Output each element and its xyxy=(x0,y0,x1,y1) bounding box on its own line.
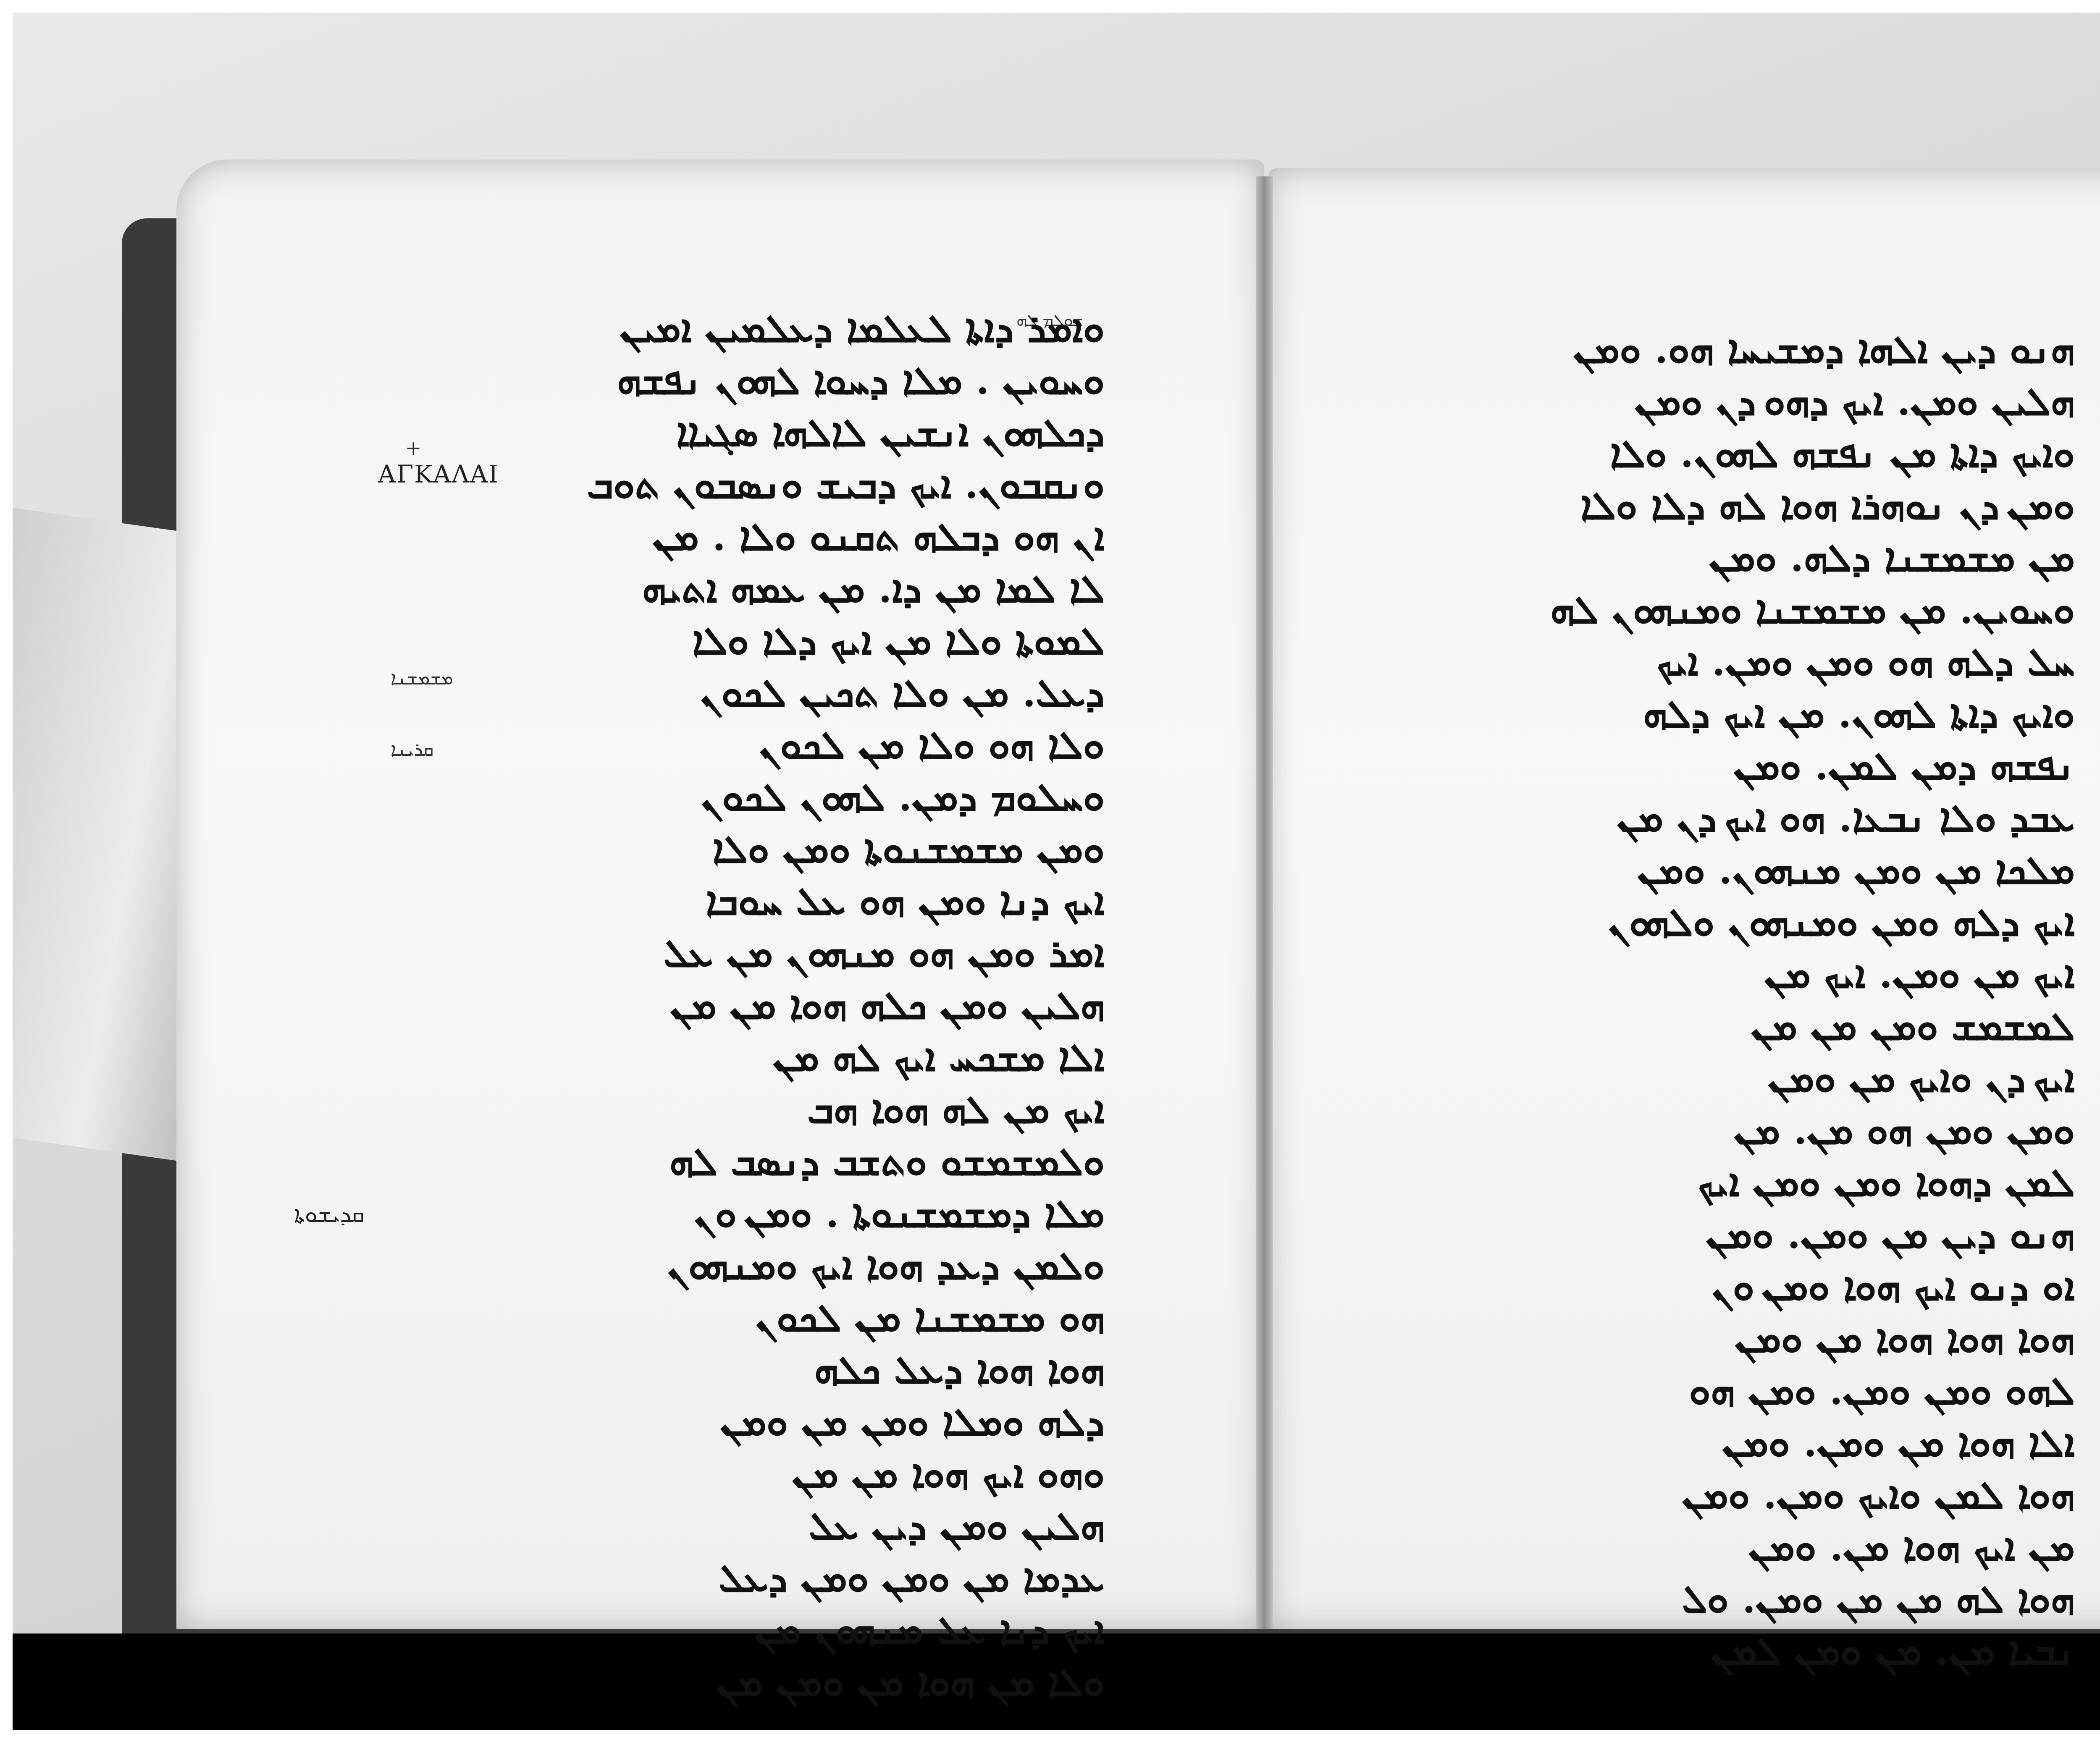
text-line: ܗܠܝܢ ܘܡܢ ܟܠܗ ܗܘܐ ܡܢ ܡܢ xyxy=(399,979,1105,1031)
text-line: ܘܐܝܟ ܕܐܬܐ ܡܢ ܢܦܫܗ ܠܗܘܢ. ܘܠܐ xyxy=(1420,427,2075,480)
text-line: ܘܠܐ ܗܘ ܘܠܐ ܡܢ ܠܟܘܢ xyxy=(399,719,1105,771)
text-line: ܘܠܡܫܡܫܘ ܘܬܫܒ ܕܢܣܒ ܠܗ xyxy=(399,1135,1105,1188)
text-line: ܐܝܟ ܕܢܐ ܥܠ ܡܢܗܘܢ ܡܢ xyxy=(399,1604,1105,1656)
text-line: ܐܝܟ ܕܢܐ ܘܡܢ ܗܘ ܥܠ ܚܘܒܐ xyxy=(399,875,1105,927)
text-line: ܠܗܘ ܘܡܢ ܘܡܢ. ܘܡܢ ܗܘ xyxy=(1420,1365,2075,1417)
text-line: ܘܠܡܢ ܕܥܕ ܗܘܐ ܐܝܟ ܘܡܢܗܘܢ xyxy=(399,1240,1105,1292)
text-line: ܠܡܢ ܕܗܘܐ ܘܡܢ ܘܡܢ ܐܝܟ xyxy=(1420,1156,2075,1209)
text-line: ܐܢ ܗܘ ܕܒܠܗ ܬܩܢܘ ܘܠܐ . ܡܢ xyxy=(399,511,1105,563)
text-line: ܐܝܟ ܡܢ ܘܡܢ. ܐܝܟ ܡܢ xyxy=(1420,948,2075,1000)
text-line: ܗܘܐ ܠܡܢ ܘܐܝܟ ܘܡܢ. ܘܡܢ xyxy=(1420,1469,2075,1521)
right-page-text: ܗܢܘ ܕܝܢ ܐܠܗܐ ܕܡܫܝܚܐ ܗܘ. ܘܡܢ ܗܠܝܢ ܘܡܢ. ܐܝ… xyxy=(1420,323,2075,1677)
text-line: ܢܦܫܗ ܕܡܢ ܠܡܢ. ܘܡܢ xyxy=(1420,740,2075,792)
text-line: ܕܠܗ ܘܡܠܐ ܘܡܢ ܡܢ ܘܡܢ xyxy=(399,1396,1105,1448)
text-line: ܘܚܠܘܡ ܕܡܢ. ܠܗܘܢ ܠܟܘܢ xyxy=(399,771,1105,823)
text-line: ܚܠ ܕܠܗ ܗܘ ܘܡܢ ܘܡܢ. ܐܝܟ xyxy=(1420,636,2075,688)
text-line: ܡܠܟܐ ܡܢ ܘܡܢ ܡܢܗܘܢ. ܘܡܢ xyxy=(1420,844,2075,896)
text-line: ܗܘܐ ܗܘܐ ܕܥܠ ܟܠܗ xyxy=(399,1344,1105,1396)
text-line: ܐܝܟ ܕܢ ܘܐܝܟ ܡܢ ܘܡܢ xyxy=(1420,1052,2075,1104)
text-line: ܘܚܘܝܢ . ܡܠܐ ܕܚܘܐ ܠܗܘܢ ܢܦܫܗ xyxy=(399,354,1105,406)
text-line: ܘܚܘܝܢ. ܡܢ ܡܫܡܫܢܐ ܘܡܢܗܘܢ ܠܗ xyxy=(1420,584,2075,636)
left-page-text: ܘܐܡܪ ܕܐܬܐ ܠܥܠܡܐ ܕܥܠܡܝܢ ܐܡܝܢ ܘܚܘܝܢ . ܡܠܐ … xyxy=(399,302,1105,1708)
text-line: ܡܢ ܐܝܟ ܗܘܐ ܡܢ. ܘܡܢ xyxy=(1420,1521,2075,1573)
book-gutter xyxy=(1256,176,1273,1629)
text-line: ܡܠܐ ܕܡܫܡܫܢܘܬܐ . ܘܡܢ ܘܢ xyxy=(399,1188,1105,1240)
text-line: ܘܠܐ ܡܢ ܗܘܐ ܡܢ ܘܡܢ ܡܢ xyxy=(399,1656,1105,1708)
text-line: ܘܐܡܪ ܕܐܬܐ ܠܥܠܡܐ ܕܥܠܡܝܢ ܐܡܝܢ xyxy=(399,302,1105,354)
text-line: ܥܒܕ ܘܠܐ ܢܒܥܐ. ܗܘ ܐܝܟ ܕܢ ܡܢ xyxy=(1420,792,2075,844)
text-line: ܗܠܝܢ ܘܡܢ ܕܝܢ ܥܠ xyxy=(399,1500,1105,1552)
text-line: ܘܢܩܒܘܢ. ܐܝܟ ܕܒܝܫ ܘܢܣܒܘܢ ܬܘܒ xyxy=(399,459,1105,511)
text-line: ܕܥܠ. ܡܢ ܘܠܐ ܬܟܝܢ ܠܟܘܢ xyxy=(399,667,1105,719)
text-line: ܥܕܡܐ ܡܢ ܘܡܢ ܘܡܢ ܕܥܠ xyxy=(399,1552,1105,1604)
text-line: ܐܠܐ ܗܘܐ ܡܢ ܘܡܢ. ܘܡܢ xyxy=(1420,1417,2075,1469)
text-line: ܘܡܢ ܘܡܢ ܗܘ ܡܢ. ܡܢ xyxy=(1420,1104,2075,1156)
text-line: ܐܝܟ ܡܢ ܠܗ ܗܘܐ ܗܒ xyxy=(399,1083,1105,1135)
text-line: ܘܐܝܟ ܕܐܬܐ ܠܗܘܢ. ܡܢ ܐܝܟ ܕܠܗ xyxy=(1420,688,2075,740)
text-line: ܘܡܢ ܡܫܡܫܢܘܬܐ ܘܡܢ ܘܠܐ xyxy=(399,823,1105,875)
text-line: ܡܢ ܡܫܡܫܢܐ ܕܠܗ. ܘܡܢ xyxy=(1420,532,2075,584)
text-line: ܐܘ ܕܢܘ ܐܝܟ ܗܘܐ ܘܡܢ ܘܢ xyxy=(1420,1261,2075,1313)
text-line: ܗܘܐ ܗܘܐ ܗܘܐ ܡܢ ܘܡܢ xyxy=(1420,1313,2075,1365)
text-line: ܗܢܘ ܕܝܢ ܡܢ ܘܡܢ. ܘܡܢ xyxy=(1420,1209,2075,1261)
text-line: ܐܠܐ ܡܫܟܚ ܐܝܟ ܠܗ ܡܢ xyxy=(399,1031,1105,1083)
text-line: ܠܡܘܬܐ ܘܠܐ ܡܢ ܐܝܟ ܕܠܐ ܘܠܐ xyxy=(399,615,1105,667)
text-line: ܘܡܢ ܕܢ ܢܘܗܪܐ ܗܘܐ ܠܗ ܕܠܐ ܘܠܐ xyxy=(1420,480,2075,532)
text-line: ܗܘܐ ܠܗ ܡܢ ܡܢ ܘܡܢ. ܘܠ xyxy=(1420,1573,2075,1625)
left-margin-note-4: ܩܕܝܫܘܬܐ xyxy=(294,1201,364,1228)
text-line: ܠܐ ܠܡܐ ܡܢ ܕܐ. ܡܢ ܥܡܗ ܐܬܝܗ xyxy=(399,563,1105,615)
text-line: ܗܠܝܢ ܘܡܢ. ܐܝܟ ܕܗܘ ܕܢ ܘܡܢ xyxy=(1420,375,2075,427)
text-line: ܐܡܪ ܘܡܢ ܗܘ ܡܢܗܘܢ ܡܢ ܥܠ xyxy=(399,927,1105,979)
text-line: ܕܟܠܗܘܢ ܐܢܫܝܢ ܠܐܠܗܐ ܣܓܝܐܐ xyxy=(399,406,1105,459)
text-line: ܗܘ ܡܫܡܫܢܐ ܡܢ ܠܟܘܢ xyxy=(399,1292,1105,1344)
text-line: ܠܡܫܡܫ ܘܡܢ ܡܢ ܡܢ xyxy=(1420,1000,2075,1052)
text-line: ܢܒܝܐ ܡܢ. ܡܢ ܘܡܢ ܠܡܢ xyxy=(1420,1625,2075,1677)
text-line: ܐܝܟ ܕܠܗ ܘܡܢ ܘܡܢܗܘܢ ܘܠܗܘܢ xyxy=(1420,896,2075,948)
text-line: ܘܗܘ ܐܝܟ ܗܘܐ ܡܢ ܡܢ xyxy=(399,1448,1105,1500)
text-line: ܗܢܘ ܕܝܢ ܐܠܗܐ ܕܡܫܝܚܐ ܗܘ. ܘܡܢ xyxy=(1420,323,2075,375)
